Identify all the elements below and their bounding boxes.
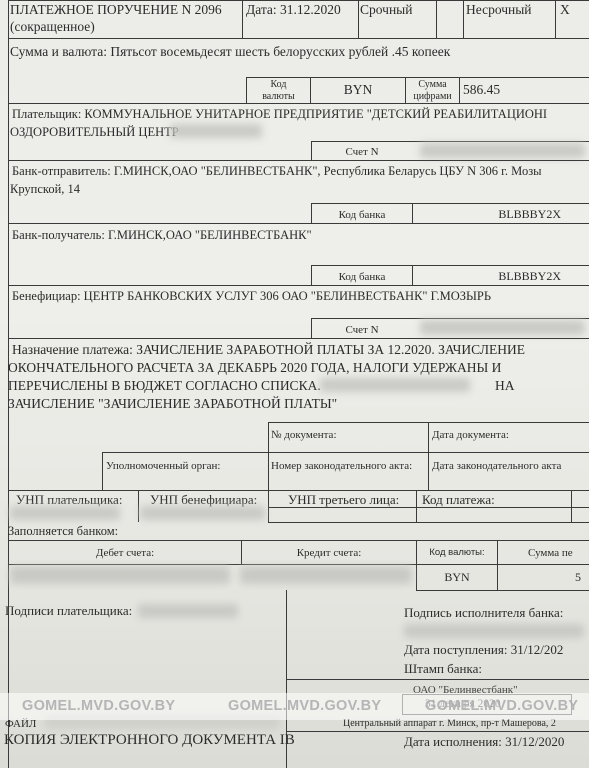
- receiver-bank-code: BLBBBY2X: [413, 268, 561, 284]
- payer-account-label: Счет N: [312, 144, 412, 160]
- divider: [311, 141, 589, 142]
- amount-in-words: Сумма и валюта: Пятьсот восемьдесят шест…: [10, 44, 450, 60]
- currency-code-value: BYN: [311, 82, 405, 98]
- payer-signatures-label: Подписи плательщика:: [5, 603, 132, 619]
- divider: [8, 285, 589, 286]
- payer-line-1: Плательщик: КОММУНАЛЬНОЕ УНИТАРНОЕ ПРЕДП…: [12, 106, 547, 122]
- debit-account-label: Дебет счета:: [9, 545, 241, 561]
- redacted-payer-account: [420, 143, 585, 158]
- divider: [416, 590, 589, 591]
- bank-sum-label: Сумма пе: [528, 545, 573, 561]
- sum-digits-label: Сумма цифрами: [406, 79, 459, 103]
- purpose-line-3-end: НА: [495, 378, 515, 394]
- redacted-payer-name: [170, 124, 262, 138]
- receiver-bank-line-1: Банк-получатель: Г.МИНСК,ОАО "БЕЛИНВЕСТБ…: [12, 227, 312, 243]
- divider: [8, 564, 589, 565]
- divider: [268, 507, 589, 508]
- purpose-line-3: ПЕРЕЧИСЛЕНЫ В БЮДЖЕТ СОГЛАСНО СПИСКА.: [8, 378, 321, 394]
- non-urgent-label: Несрочный: [466, 2, 532, 18]
- divider: [497, 540, 498, 590]
- watermark-text: GOMEL.MVD.GOV.BY: [22, 698, 175, 714]
- divider: [268, 422, 269, 490]
- doc-number-label: № документа:: [271, 427, 337, 443]
- divider: [428, 422, 429, 490]
- bank-sum-value: 5: [575, 569, 581, 585]
- authorized-body-label: Уполномоченный орган:: [106, 458, 220, 474]
- divider: [102, 452, 103, 490]
- divider: [8, 0, 589, 1]
- filled-by-bank-label: Заполняется банком:: [8, 523, 118, 539]
- execution-date: Дата исполнения: 31/12/2020: [404, 734, 564, 750]
- watermark-text: GOMEL.MVD.GOV.BY: [425, 698, 578, 714]
- redacted-beneficiary-account: [420, 320, 585, 335]
- law-date-label: Дата законодательного акта: [432, 458, 561, 474]
- divider: [8, 223, 589, 224]
- redacted-debit-account: [10, 566, 230, 584]
- divider: [268, 490, 269, 522]
- payment-order-document: ПЛАТЕЖНОЕ ПОРУЧЕНИЕ N 2096 (сокращенное)…: [0, 0, 589, 768]
- sender-bank-code: BLBBBY2X: [413, 206, 561, 222]
- purpose-line-2: ОКОНЧАТЕЛЬНОГО РАСЧЕТА ЗА ДЕКАБРЬ 2020 Г…: [8, 360, 501, 376]
- redacted-credit-account: [240, 566, 412, 584]
- redacted-unp-beneficiary: [140, 506, 265, 520]
- sender-bank-code-label: Код банка: [312, 207, 412, 223]
- divider: [8, 103, 589, 104]
- payer-line-2: ОЗДОРОВИТЕЛЬНЫЙ ЦЕНТР: [10, 124, 179, 140]
- divider: [436, 0, 437, 38]
- divider: [246, 77, 589, 78]
- divider: [138, 490, 139, 522]
- receiver-bank-code-label: Код банка: [312, 269, 412, 285]
- bank-currency-code-value: BYN: [417, 569, 497, 585]
- bank-executor-signature-label: Подпись исполнителя банка:: [404, 605, 563, 621]
- document-subtitle: (сокращенное): [10, 19, 95, 35]
- divider: [242, 0, 243, 38]
- document-title: ПЛАТЕЖНОЕ ПОРУЧЕНИЕ N 2096: [10, 2, 222, 18]
- divider: [555, 0, 556, 38]
- divider: [8, 540, 589, 541]
- watermark-text: GOMEL.MVD.GOV.BY: [228, 698, 381, 714]
- purpose-line-1: Назначение платежа: ЗАЧИСЛЕНИЕ ЗАРАБОТНО…: [12, 342, 525, 358]
- redacted-purpose-detail: [320, 378, 470, 392]
- divider: [8, 38, 589, 39]
- receipt-date: Дата поступления: 31/12/202: [404, 642, 563, 658]
- divider: [8, 490, 589, 491]
- beneficiary-line-1: Бенефициар: ЦЕНТР БАНКОВСКИХ УСЛУГ 306 О…: [12, 288, 491, 304]
- bank-stamp-label: Штамп банка:: [404, 661, 482, 677]
- redacted-unp-payer: [10, 506, 120, 520]
- redacted-payer-signatures: [138, 604, 238, 618]
- redacted-bank-executor: [404, 624, 584, 638]
- divider: [416, 490, 417, 522]
- credit-account-label: Кредит счета:: [242, 545, 416, 561]
- bank-currency-code-label: Код валюты:: [417, 545, 497, 561]
- unp-third-party-label: УНП третьего лица:: [288, 492, 399, 508]
- divider: [268, 522, 589, 523]
- divider: [286, 731, 589, 732]
- divider: [311, 265, 589, 266]
- beneficiary-account-label: Счет N: [312, 322, 412, 338]
- law-number-label: Номер законодательного акта:: [271, 458, 412, 474]
- currency-code-label: Код валюты: [247, 79, 310, 103]
- divider: [286, 679, 589, 680]
- divider: [463, 0, 464, 38]
- payment-code-label: Код платежа:: [422, 492, 495, 508]
- non-urgent-mark: X: [560, 2, 570, 18]
- document-date: Дата: 31.12.2020: [246, 2, 341, 18]
- sum-digits-value: 586.45: [463, 82, 500, 98]
- sender-bank-line-1: Банк-отправитель: Г.МИНСК,ОАО "БЕЛИНВЕСТ…: [12, 163, 542, 179]
- divider: [8, 160, 589, 161]
- divider: [8, 338, 589, 339]
- divider: [459, 77, 460, 103]
- divider: [571, 490, 572, 522]
- divider: [358, 0, 359, 38]
- electronic-copy-label: КОПИЯ ЭЛЕКТРОННОГО ДОКУМЕНТА IB: [4, 731, 295, 749]
- purpose-line-4: ЗАЧИСЛЕНИЕ "ЗАЧИСЛЕНИЕ ЗАРАБОТНОЙ ПЛАТЫ": [8, 396, 337, 412]
- divider: [102, 452, 589, 453]
- doc-date-label: Дата документа:: [432, 427, 509, 443]
- divider: [311, 203, 589, 204]
- divider: [311, 318, 589, 319]
- urgent-label: Срочный: [360, 2, 412, 18]
- sender-bank-line-2: Крупской, 14: [10, 181, 80, 197]
